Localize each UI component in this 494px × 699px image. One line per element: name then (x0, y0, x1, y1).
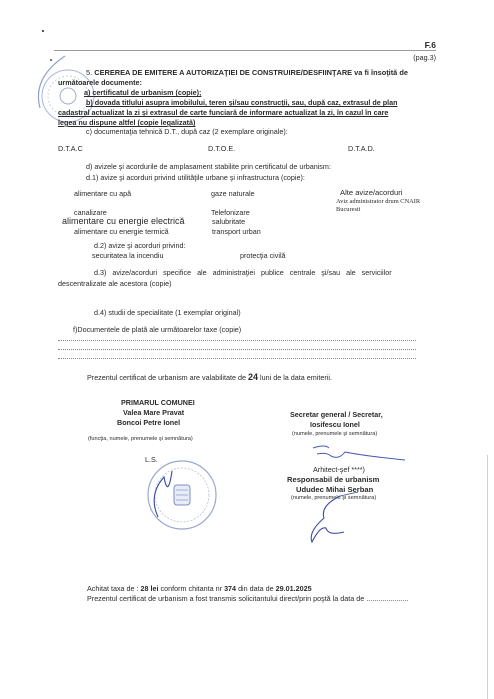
mayor-name: Boncoi Petre Ionel (117, 418, 180, 427)
receipt-number: 374 (224, 584, 236, 593)
chief-architect-role: Arhitect-şef ****) (313, 465, 365, 474)
transmission-statement: Prezentul certificat de urbanism a fost … (87, 594, 408, 603)
d2-civil-protection: protecţia civilă (240, 251, 286, 260)
other-approval-line: Bucuresti (336, 206, 361, 213)
page-edge (487, 455, 488, 699)
d2-fire-safety: securitatea la incendiu (92, 251, 164, 260)
page-number: (pag.3) (413, 53, 436, 62)
validity-months: 24 (248, 372, 258, 382)
secretary-title: Secretar general / Secretar, (290, 410, 383, 419)
dt-option-dtad: D.T.A.D. (348, 144, 375, 153)
utility-waste: salubritate (212, 217, 245, 226)
secretary-caption: (numele, prenumele şi semnătura) (292, 431, 377, 437)
section-5-heading: CEREREA DE EMITERE A AUTORIZAŢIEI DE CON… (94, 68, 352, 77)
blank-line (58, 340, 416, 341)
official-seal-icon (140, 455, 220, 535)
item-f: f)Documentele de plată ale următoarelor … (73, 325, 241, 334)
utility-electricity: alimentare cu energie electrică (62, 216, 185, 226)
blank-line (58, 349, 416, 350)
utility-phone: Telefonizare (211, 208, 250, 217)
section-5-title-cont: următoarele documente: (58, 78, 142, 87)
item-d2: d.2) avize şi acorduri privind: (94, 241, 185, 250)
item-d1: d.1) avize şi acorduri privind utilităţi… (86, 173, 305, 182)
secretary-name: Iosifescu Ionel (310, 420, 360, 429)
header-rule (54, 50, 436, 51)
utility-transport: transport urban (212, 227, 261, 236)
secretary-signature-icon (305, 442, 415, 464)
item-d: d) avizele şi acordurile de amplasament … (86, 162, 331, 171)
utility-water: alimentare cu apă (74, 189, 131, 198)
item-d3-line2: descentralizate ale acestora (copie) (58, 279, 171, 288)
mayor-locality: Valea Mare Pravat (123, 408, 184, 417)
blank-line (58, 358, 416, 359)
urbanism-signature-icon (300, 490, 370, 545)
payment-statement: Achitat taxa de : 28 lei conform chitant… (87, 584, 312, 593)
validity-statement: Prezentul certificat de urbanism are val… (87, 372, 332, 382)
mayor-title: PRIMARUL COMUNEI (121, 398, 195, 407)
payment-amount: 28 lei (141, 584, 159, 593)
item-d3-line1: d.3) avize/acorduri specifice ale admini… (94, 268, 392, 277)
scan-speck (42, 30, 44, 32)
dt-option-dtac: D.T.A.C (58, 144, 83, 153)
utility-gas: gaze naturale (211, 189, 255, 198)
item-c: c) documentaţia tehnică D.T., după caz (… (86, 127, 288, 136)
item-d4: d.4) studii de specialitate (1 exemplar … (94, 308, 241, 317)
item-b-line3: legea nu dispune altfel (copie legalizat… (58, 118, 195, 127)
utility-heating: alimentare cu energie termică (74, 227, 169, 236)
item-b-line1: b) dovada titlului asupra imobilului, te… (86, 98, 398, 107)
form-code: F.6 (425, 40, 436, 50)
dt-option-dtoe: D.T.O.E. (208, 144, 235, 153)
transmission-date-blank: ..................... (366, 594, 408, 603)
payment-date: 29.01.2025 (276, 584, 312, 593)
other-approvals-title: Alte avize/acorduri (340, 188, 402, 197)
other-approval-line: Aviz administrator drum CNAIR (336, 198, 420, 205)
mayor-caption: (funcţia, numele, prenumele şi semnătura… (88, 436, 193, 442)
urbanism-title: Responsabil de urbanism (287, 475, 379, 484)
item-a: a) certificatul de urbanism (copie); (84, 88, 201, 97)
item-b-line2: cadastral actualizat la zi şi extrasul d… (58, 108, 388, 117)
section-5-title: 5. CEREREA DE EMITERE A AUTORIZAŢIEI DE … (86, 68, 408, 77)
